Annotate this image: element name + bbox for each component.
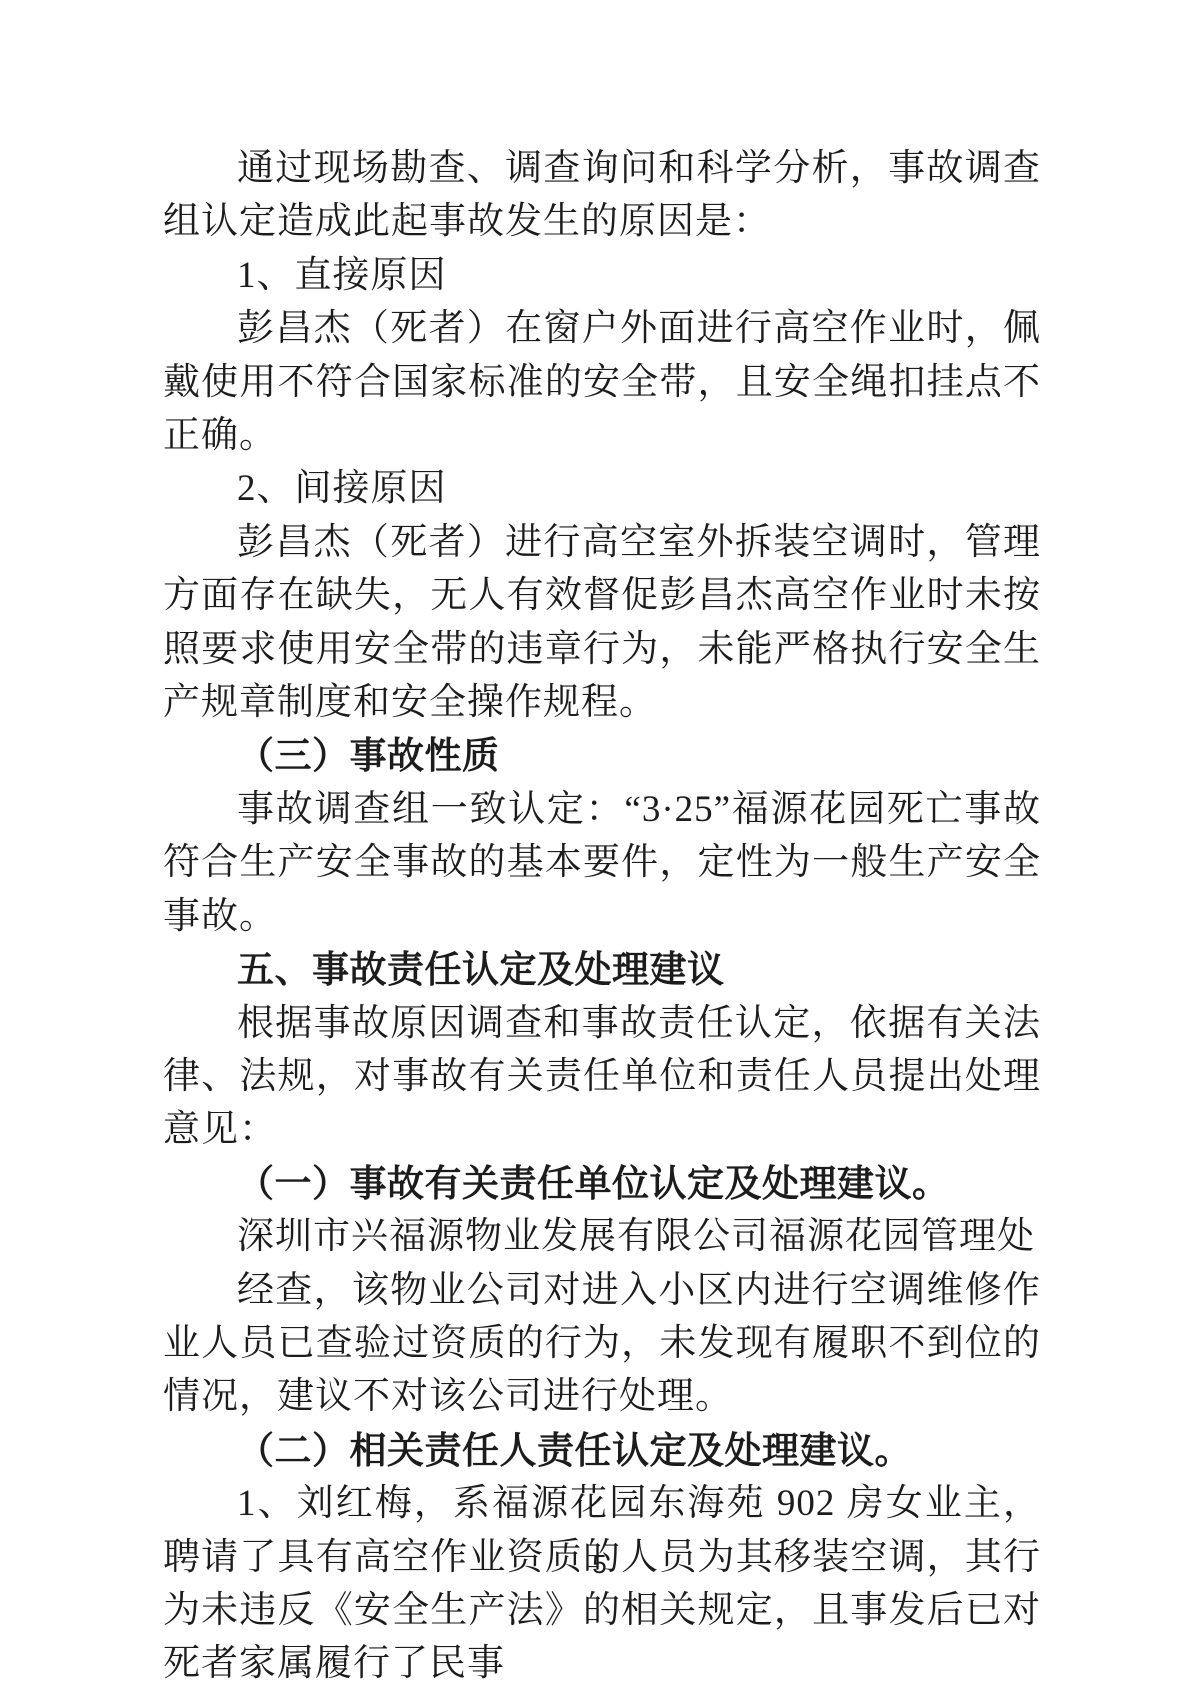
paragraph: 经查，该物业公司对进入小区内进行空调维修作业人员已查验过资质的行为，未发现有履职… <box>163 1264 1041 1424</box>
paragraph: 深圳市兴福源物业发展有限公司福源花园管理处 <box>163 1210 1041 1263</box>
paragraph: 彭昌杰（死者）在窗户外面进行高空作业时，佩戴使用不符合国家标准的安全带，且安全绳… <box>163 302 1041 462</box>
chapter-heading: 五、事故责任认定及处理建议 <box>163 943 1041 996</box>
document-body: 通过现场勘查、调查询问和科学分析，事故调查组认定造成此起事故发生的原因是： 1、… <box>163 142 1041 1691</box>
section-heading: （一）事故有关责任单位认定及处理建议。 <box>163 1157 1041 1210</box>
paragraph: 1、刘红梅，系福源花园东海苑 902 房女业主，聘请了具有高空作业资质的人员为其… <box>163 1477 1041 1691</box>
document-page: 通过现场勘查、调查询问和科学分析，事故调查组认定造成此起事故发生的原因是： 1、… <box>0 0 1199 1696</box>
list-item-number: 2、间接原因 <box>163 462 1041 515</box>
list-item-number: 1、直接原因 <box>163 249 1041 302</box>
page-number: 5 <box>0 1548 1199 1580</box>
paragraph: 彭昌杰（死者）进行高空室外拆装空调时，管理方面存在缺失，无人有效督促彭昌杰高空作… <box>163 516 1041 730</box>
paragraph: 根据事故原因调查和事故责任认定，依据有关法律、法规，对事故有关责任单位和责任人员… <box>163 997 1041 1157</box>
paragraph: 通过现场勘查、调查询问和科学分析，事故调查组认定造成此起事故发生的原因是： <box>163 142 1041 249</box>
paragraph: 事故调查组一致认定：“3·25”福源花园死亡事故符合生产安全事故的基本要件，定性… <box>163 783 1041 943</box>
section-heading: （三）事故性质 <box>163 729 1041 782</box>
section-heading: （二）相关责任人责任认定及处理建议。 <box>163 1424 1041 1477</box>
